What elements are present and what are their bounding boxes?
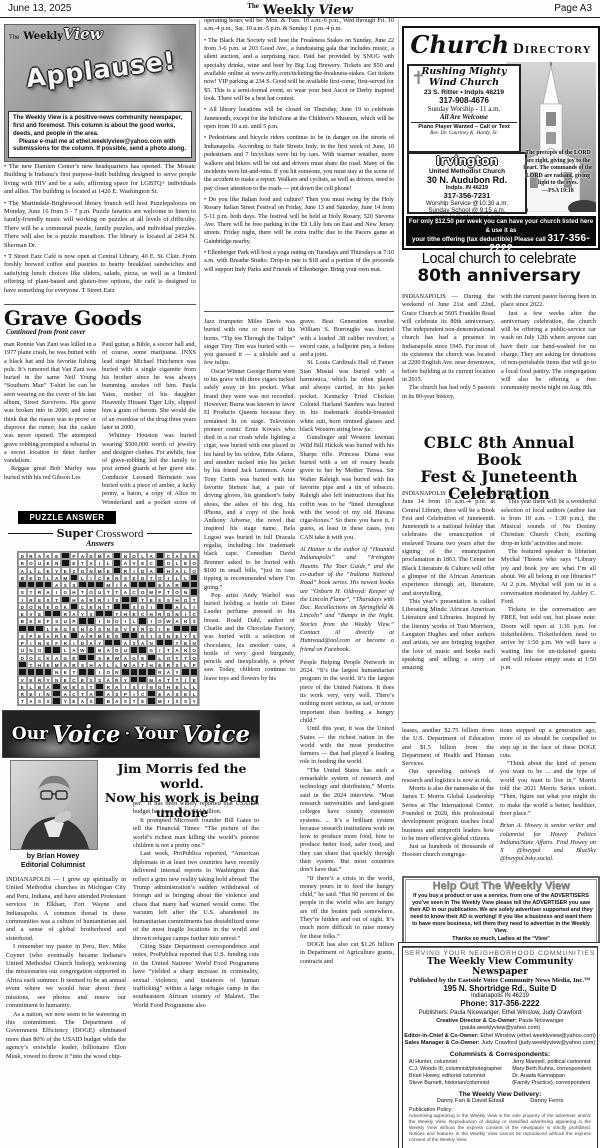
irvington-logo: Irvington xyxy=(409,154,525,168)
crossword-cell: E xyxy=(61,668,70,675)
crossword-cell: C xyxy=(130,588,139,595)
crossword-cell: S xyxy=(190,632,199,639)
crossword-cell: L xyxy=(27,567,36,574)
crossword-cell: E xyxy=(35,610,44,617)
crossword-cell: A xyxy=(173,567,182,574)
crossword-cell: A xyxy=(87,639,96,646)
paragraph: Jerry Mannell, political cartoonist xyxy=(512,1059,591,1066)
header-dash-right xyxy=(147,533,192,534)
crossword-cell: I xyxy=(95,617,104,624)
paragraph: Citing State Department correspondence a… xyxy=(133,943,259,1010)
crossword-cell: O xyxy=(130,552,139,559)
crossword-cell: C xyxy=(70,676,79,683)
crossword-cell: O xyxy=(190,567,199,574)
crossword-cell: Y xyxy=(52,567,61,574)
crossword-cell xyxy=(147,654,156,661)
crossword-cell: S xyxy=(87,610,96,617)
crossword-cell: A xyxy=(78,552,87,559)
crossword-cell xyxy=(78,617,87,624)
applause-intro: The Weekly View is a positive-news commu… xyxy=(8,111,192,158)
crossword-cell: A xyxy=(173,646,182,653)
crossword-cell xyxy=(27,668,36,675)
weekly-view-logo: The WeeklyView xyxy=(9,27,103,43)
crossword-cell: S xyxy=(130,683,139,690)
crossword-cell: D xyxy=(138,603,147,610)
crossword-cell: I xyxy=(190,603,199,610)
crossword-cell: I xyxy=(27,639,36,646)
crossword-cell: N xyxy=(173,610,182,617)
church-phone: 317-908-4676 xyxy=(409,96,519,105)
crossword-cell: T xyxy=(138,661,147,668)
crossword-cell: R xyxy=(70,661,79,668)
paragraph: grave. Beat Generation novelist William … xyxy=(300,318,394,359)
masthead-address: 195 N. Shortridge Rd., Suite D xyxy=(403,984,597,993)
crossword-cell xyxy=(95,683,104,690)
crossword-cell: E xyxy=(156,661,165,668)
grave-goods-continued: Continued from front cover xyxy=(6,328,86,336)
crossword-cell: O xyxy=(156,617,165,624)
crossword-cell: I xyxy=(181,676,190,683)
crossword-cell: A xyxy=(52,574,61,581)
crossword-cell: H xyxy=(147,610,156,617)
crossword-cell: A xyxy=(52,581,61,588)
crossword-cell: E xyxy=(61,567,70,574)
right-column-rule xyxy=(402,722,596,723)
crossword-cell: O xyxy=(164,654,173,661)
crossword-cell xyxy=(18,625,27,632)
crossword-cell: S xyxy=(164,596,173,603)
piano-player-note: Piano Player Wanted – Call or Text xyxy=(411,122,517,130)
crossword-cell: W xyxy=(113,654,122,661)
crossword-cell: S xyxy=(18,632,27,639)
crossword-cell xyxy=(35,668,44,675)
crossword-cell xyxy=(121,632,130,639)
crossword-cell: R xyxy=(95,596,104,603)
crossword-cell: N xyxy=(52,676,61,683)
church-directory-box: Church Directory ✝ Rushing Mighty Wind C… xyxy=(402,26,600,250)
crossword-cell: E xyxy=(156,690,165,697)
crossword-cell: H xyxy=(121,610,130,617)
irvington-service1: Worship Service @10:30 a.m. xyxy=(409,200,525,207)
masthead-view: View xyxy=(319,3,353,18)
crossword-cell xyxy=(70,574,79,581)
crossword-cell: E xyxy=(147,596,156,603)
grave-goods-col-2: Paul guitar, a Bible, a soccer ball and,… xyxy=(102,341,196,507)
crossword-cell: L xyxy=(138,552,147,559)
crossword-cell: Y xyxy=(78,610,87,617)
morris-article-col-1: INDIANAPOLIS — I grew up spiritually in … xyxy=(6,876,126,1146)
crossword-cell: Y xyxy=(181,632,190,639)
crossword-cell: N xyxy=(78,625,87,632)
crossword-cell: N xyxy=(181,646,190,653)
crossword-cell xyxy=(95,610,104,617)
crossword-cell: D xyxy=(113,632,122,639)
crossword-cell: T xyxy=(113,588,122,595)
crossword-cell: I xyxy=(121,617,130,624)
crossword-cell xyxy=(130,668,139,675)
morris-article-col-4: leases, another $2.75 billion from the U… xyxy=(402,727,494,873)
crossword-cell: N xyxy=(164,632,173,639)
paragraph: Reggae great Bob Marley was buried with … xyxy=(4,465,96,482)
crossword-cell xyxy=(78,581,87,588)
crossword-cell: A xyxy=(35,552,44,559)
crossword-cell: T xyxy=(27,661,36,668)
irvington-service2: Sunday School @ 9:15 a.m. xyxy=(409,207,525,214)
banner-your: Your xyxy=(134,724,177,744)
worship-time: Sunday Worship - 11 a.m. xyxy=(409,105,519,113)
crossword-cell: I xyxy=(147,617,156,624)
irvington-address: 30 N. Audubon Rd. xyxy=(409,175,525,185)
crossword-cell: Y xyxy=(121,676,130,683)
crossword-cell xyxy=(18,661,27,668)
crossword-cell: S xyxy=(113,596,122,603)
crossword-cell: T xyxy=(104,603,113,610)
crossword-cell: E xyxy=(44,559,53,566)
paragraph: Al Hunter, columnist xyxy=(409,1059,502,1066)
crossword-cell: L xyxy=(173,574,182,581)
crossword-cell: E xyxy=(104,654,113,661)
crossword-cell: O xyxy=(164,610,173,617)
crossword-cell: C xyxy=(138,690,147,697)
crossword-cell: A xyxy=(78,596,87,603)
crossword-cell: T xyxy=(147,574,156,581)
crossword-cell: T xyxy=(130,697,139,704)
verse-text: The precepts of the LORD are right, givi… xyxy=(523,150,592,186)
crossword-cell: S xyxy=(70,581,79,588)
crossword-cell: S xyxy=(44,596,53,603)
crossword-cell: E xyxy=(181,559,190,566)
crossword-cell: S xyxy=(173,697,182,704)
crossword-cell: S xyxy=(78,683,87,690)
crossword-cell xyxy=(44,646,53,653)
masthead-staff-list: Creative Director & Co-Owner: Paula Nice… xyxy=(403,1018,597,1048)
paragraph: operating hours will be: Mon. & Tues. 10… xyxy=(204,17,394,34)
crossword-cell: I xyxy=(35,690,44,697)
crossword-cell: A xyxy=(61,661,70,668)
crossword-cell: I xyxy=(164,574,173,581)
crossword-cell: T xyxy=(52,596,61,603)
crossword-cell: I xyxy=(113,581,122,588)
crossword-cell: L xyxy=(61,646,70,653)
crossword-cell xyxy=(104,610,113,617)
crossword-cell: G xyxy=(61,654,70,661)
crossword-cell: I xyxy=(70,639,79,646)
crossword-cell: V xyxy=(130,559,139,566)
crossword-cell: S xyxy=(121,697,130,704)
crossword-cell: O xyxy=(27,559,36,566)
crossword-cell xyxy=(138,646,147,653)
crossword-cell xyxy=(138,617,147,624)
paragraph: per.” It has been widely reported that U… xyxy=(133,800,259,817)
crossword-cell: C xyxy=(35,654,44,661)
crossword-cell: S xyxy=(113,690,122,697)
crossword-cell: A xyxy=(87,690,96,697)
crossword-cell: A xyxy=(173,617,182,624)
crossword-cell: I xyxy=(18,596,27,603)
crossword-cell: A xyxy=(173,603,182,610)
puzzle-answer-label: PUZZLE ANSWER xyxy=(18,511,116,524)
crossword-cell: A xyxy=(164,690,173,697)
crossword-cell: U xyxy=(61,617,70,624)
applause-box: The WeeklyView Applause! The Weekly View… xyxy=(4,24,196,162)
crossword-cell: C xyxy=(138,610,147,617)
policy-text: Advertising appearing in the Weekly View… xyxy=(409,1113,591,1142)
crossword-cell: E xyxy=(130,625,139,632)
morris-col5-text: tions stepped up a generation ago, more … xyxy=(500,727,596,818)
crossword-cell xyxy=(44,581,53,588)
crossword-cell: S xyxy=(87,697,96,704)
crossword-cell xyxy=(44,610,53,617)
paragraph: INDIANAPOLIS — During the weekend of Jun… xyxy=(402,293,495,384)
banner-our: Our xyxy=(12,724,48,744)
crossword-cell: L xyxy=(181,661,190,668)
crossword-cell: E xyxy=(61,632,70,639)
crossword-cell xyxy=(61,559,70,566)
paragraph: Just as hundreds of thousands of Hoosier… xyxy=(402,843,494,860)
crossword-cell: A xyxy=(113,683,122,690)
paragraph: Mary Beth Kuhns, correspondent xyxy=(512,1066,591,1073)
directory-word: Directory xyxy=(513,41,592,57)
crossword-cell: R xyxy=(156,668,165,675)
crossword-cell: Z xyxy=(70,567,79,574)
crossword-cell: S xyxy=(173,661,182,668)
crossword-cell: H xyxy=(147,661,156,668)
crossword-grid: DRAKEPADMANOLACASKROUENETAILAVECOLEOALLE… xyxy=(17,551,199,706)
rate-line2: your tithe offering (tax deductible) Ple… xyxy=(412,236,546,243)
local-church-col-1: INDIANAPOLIS — During the weekend of Jun… xyxy=(402,293,495,431)
crossword-cell: E xyxy=(70,654,79,661)
paragraph: • All library locations will be closed o… xyxy=(204,106,394,131)
paragraph: with the current pastor having been in p… xyxy=(501,293,596,310)
crossword-cell: N xyxy=(113,668,122,675)
crossword-cell: S xyxy=(95,654,104,661)
crossword-cell: N xyxy=(147,683,156,690)
cblc-headline-line1: CBLC 8th Annual Book xyxy=(402,434,596,468)
crossword-cell: D xyxy=(35,574,44,581)
help-out-signoff: Thanks so much, Ladies at the “View” xyxy=(404,936,598,942)
paragraph: man Ronnie Van Zant was killed in a 1977… xyxy=(4,341,96,465)
crossword-cell: O xyxy=(190,559,199,566)
crossword-cell: E xyxy=(61,676,70,683)
crossword-cell: F xyxy=(52,639,61,646)
crossword-cell: E xyxy=(35,632,44,639)
crossword-cell: S xyxy=(156,632,165,639)
grave-goods-title: Grave Goods xyxy=(4,306,142,330)
crossword-cell: T xyxy=(173,654,182,661)
paragraph: Whitney Houston was buried wearing $500,… xyxy=(102,432,196,507)
morris-article-col-2: per.” It has been widely reported that U… xyxy=(133,800,259,1144)
mid-column-rule xyxy=(204,311,394,312)
crossword-cell: N xyxy=(27,646,36,653)
crossword-cell xyxy=(61,552,70,559)
crossword-cell: A xyxy=(95,661,104,668)
paragraph: C.J. Woods III, columnist/photographer xyxy=(409,1066,502,1073)
paragraph: INDIANAPOLIS — On Saturday, June 14 from… xyxy=(402,490,495,598)
crossword-cell: S xyxy=(87,676,96,683)
crossword-cell xyxy=(18,668,27,675)
crossword-cell: T xyxy=(113,610,122,617)
paragraph: (Family Practice), correspondent xyxy=(512,1080,591,1087)
crossword-cell xyxy=(104,639,113,646)
crossword-cell: E xyxy=(173,632,182,639)
crossword-cell: A xyxy=(164,581,173,588)
byline-role: Editorial Columnist xyxy=(2,861,104,870)
crossword-cell: R xyxy=(61,610,70,617)
paragraph: Al Hunter is the author of “Haunted Indi… xyxy=(300,546,394,654)
crossword-cell xyxy=(87,646,96,653)
crossword-cell xyxy=(147,690,156,697)
applause-title: Applause! xyxy=(12,44,190,94)
crossword-cell: I xyxy=(164,697,173,704)
crossword-cell: S xyxy=(95,625,104,632)
crossword-cell: N xyxy=(52,559,61,566)
crossword-cell xyxy=(138,676,147,683)
crossword-cell: R xyxy=(113,676,122,683)
crossword-cell: V xyxy=(121,625,130,632)
crossword-cell xyxy=(190,625,199,632)
crossword-cell: E xyxy=(18,610,27,617)
crossword-cell: N xyxy=(181,617,190,624)
crossword-cell: I xyxy=(147,632,156,639)
al-hunter-bio: Al Hunter is the author of “Haunted Indi… xyxy=(300,546,394,654)
paragraph: If you buy a product or use a service, f… xyxy=(409,893,593,935)
welcome-line: All Are Welcome xyxy=(409,113,519,121)
crossword-cell: R xyxy=(138,625,147,632)
crossword-cell: A xyxy=(121,639,130,646)
crossword-cell: T xyxy=(181,654,190,661)
paragraph: Pop artist Andy Warhol was buried holdin… xyxy=(204,592,295,683)
crossword-cell: C xyxy=(190,610,199,617)
paragraph: “Think about the kind of person you want… xyxy=(500,760,596,818)
crossword-cell: N xyxy=(44,690,53,697)
crossword-cell: T xyxy=(173,639,182,646)
crossword-cell: O xyxy=(87,588,96,595)
crossword-cell: O xyxy=(104,668,113,675)
crossword-cell: D xyxy=(138,632,147,639)
crossword-cell xyxy=(164,639,173,646)
crossword-cell: L xyxy=(113,661,122,668)
crossword-cell: C xyxy=(70,690,79,697)
crossword-cell: Y xyxy=(190,697,199,704)
crossword-cell: H xyxy=(35,661,44,668)
paragraph: As a nation, we now seem to be wavering … xyxy=(6,1011,126,1061)
crossword-cell xyxy=(52,646,61,653)
paragraph: It prompted Microsoft founder Bill Gates… xyxy=(133,817,259,851)
crossword-cell xyxy=(147,581,156,588)
crossword-cell: E xyxy=(70,625,79,632)
crossword-cell xyxy=(35,581,44,588)
columnists-right-list: Jerry Mannell, political cartoonistMary … xyxy=(512,1059,591,1088)
paragraph: The church has had only 5 pastors in its… xyxy=(402,384,495,401)
paragraph: • The new Damien Center’s new headquarte… xyxy=(4,163,196,197)
crossword-cell: O xyxy=(27,654,36,661)
crossword-cell xyxy=(95,581,104,588)
crossword-cell: A xyxy=(27,697,36,704)
crossword-cell: O xyxy=(27,603,36,610)
crossword-cell: E xyxy=(130,610,139,617)
crossword-cell xyxy=(87,654,96,661)
crossword-cell: T xyxy=(173,676,182,683)
crossword-cell: P xyxy=(156,588,165,595)
crossword-cell: T xyxy=(78,588,87,595)
crossword-cell: L xyxy=(104,661,113,668)
crossword-cell: M xyxy=(147,676,156,683)
crossword-cell: N xyxy=(35,603,44,610)
crossword-cell: B xyxy=(95,646,104,653)
crossword-cell xyxy=(181,625,190,632)
crossword-cell: E xyxy=(104,574,113,581)
crossword-cell: E xyxy=(70,683,79,690)
crossword-cell: M xyxy=(95,632,104,639)
crossword-cell: S xyxy=(130,639,139,646)
crossword-cell: L xyxy=(190,690,199,697)
crossword-cell: D xyxy=(18,654,27,661)
crossword-cell: T xyxy=(164,676,173,683)
crossword-cell: E xyxy=(164,625,173,632)
crossword-cell: I xyxy=(156,646,165,653)
crossword-cell: A xyxy=(104,676,113,683)
crossword-cell xyxy=(130,581,139,588)
applause-bullets: • The new Damien Center’s new headquarte… xyxy=(4,163,196,303)
crossword-cell: I xyxy=(138,683,147,690)
grave-goods-col-1: man Ronnie Van Zant was killed in a 1977… xyxy=(4,341,96,507)
crossword-cell: R xyxy=(35,588,44,595)
crossword-cell xyxy=(95,697,104,704)
crossword-cell xyxy=(113,552,122,559)
paragraph: “If there’s a crisis in the world, money… xyxy=(300,875,394,941)
crossword-cell: U xyxy=(121,646,130,653)
cross-icon: ✝ xyxy=(411,68,426,89)
crossword-cell: I xyxy=(130,567,139,574)
crossword-cell xyxy=(87,581,96,588)
crossword-cell xyxy=(156,603,165,610)
banner-bullet: • xyxy=(125,728,129,740)
crossword-cell: A xyxy=(78,697,87,704)
paragraph: Oscar Winner George Burns went to his gr… xyxy=(204,368,295,592)
cblc-headline-line2: Fest & Juneteenth xyxy=(402,468,596,485)
crossword-cell xyxy=(147,668,156,675)
crossword-cell: W xyxy=(61,683,70,690)
crossword-cell xyxy=(147,697,156,704)
page-number: Page A3 xyxy=(554,3,592,14)
crossword-cell: E xyxy=(138,654,147,661)
crossword-cell xyxy=(164,603,173,610)
paragraph: Until this year, it was the United State… xyxy=(300,725,394,766)
help-out-box: Help Out The Weekly View If you buy a pr… xyxy=(402,876,600,948)
crossword-cell: E xyxy=(113,625,122,632)
crossword-cell xyxy=(52,690,61,697)
crossword-cell: V xyxy=(27,610,36,617)
crossword-cell: A xyxy=(147,567,156,574)
crossword-cell: W xyxy=(78,646,87,653)
paragraph: Editor-in-Chief & Co-Owner: Ethel Winslo… xyxy=(403,1033,597,1040)
crossword-cell xyxy=(52,683,61,690)
masthead-the: The xyxy=(247,2,259,10)
crossword-cell: R xyxy=(173,581,182,588)
crossword-cell xyxy=(78,668,87,675)
crossword-cell: E xyxy=(190,676,199,683)
crossword-cell: A xyxy=(70,610,79,617)
paragraph: tions stepped up a generation ago, more … xyxy=(500,727,596,760)
crossword-cell: K xyxy=(190,552,199,559)
crossword-cell: G xyxy=(156,683,165,690)
crossword-cell: A xyxy=(121,559,130,566)
crossword-cell xyxy=(18,581,27,588)
crossword-cell: E xyxy=(173,683,182,690)
crossword-cell: D xyxy=(18,603,27,610)
crossword-cell: L xyxy=(27,683,36,690)
crossword-cell xyxy=(52,697,61,704)
